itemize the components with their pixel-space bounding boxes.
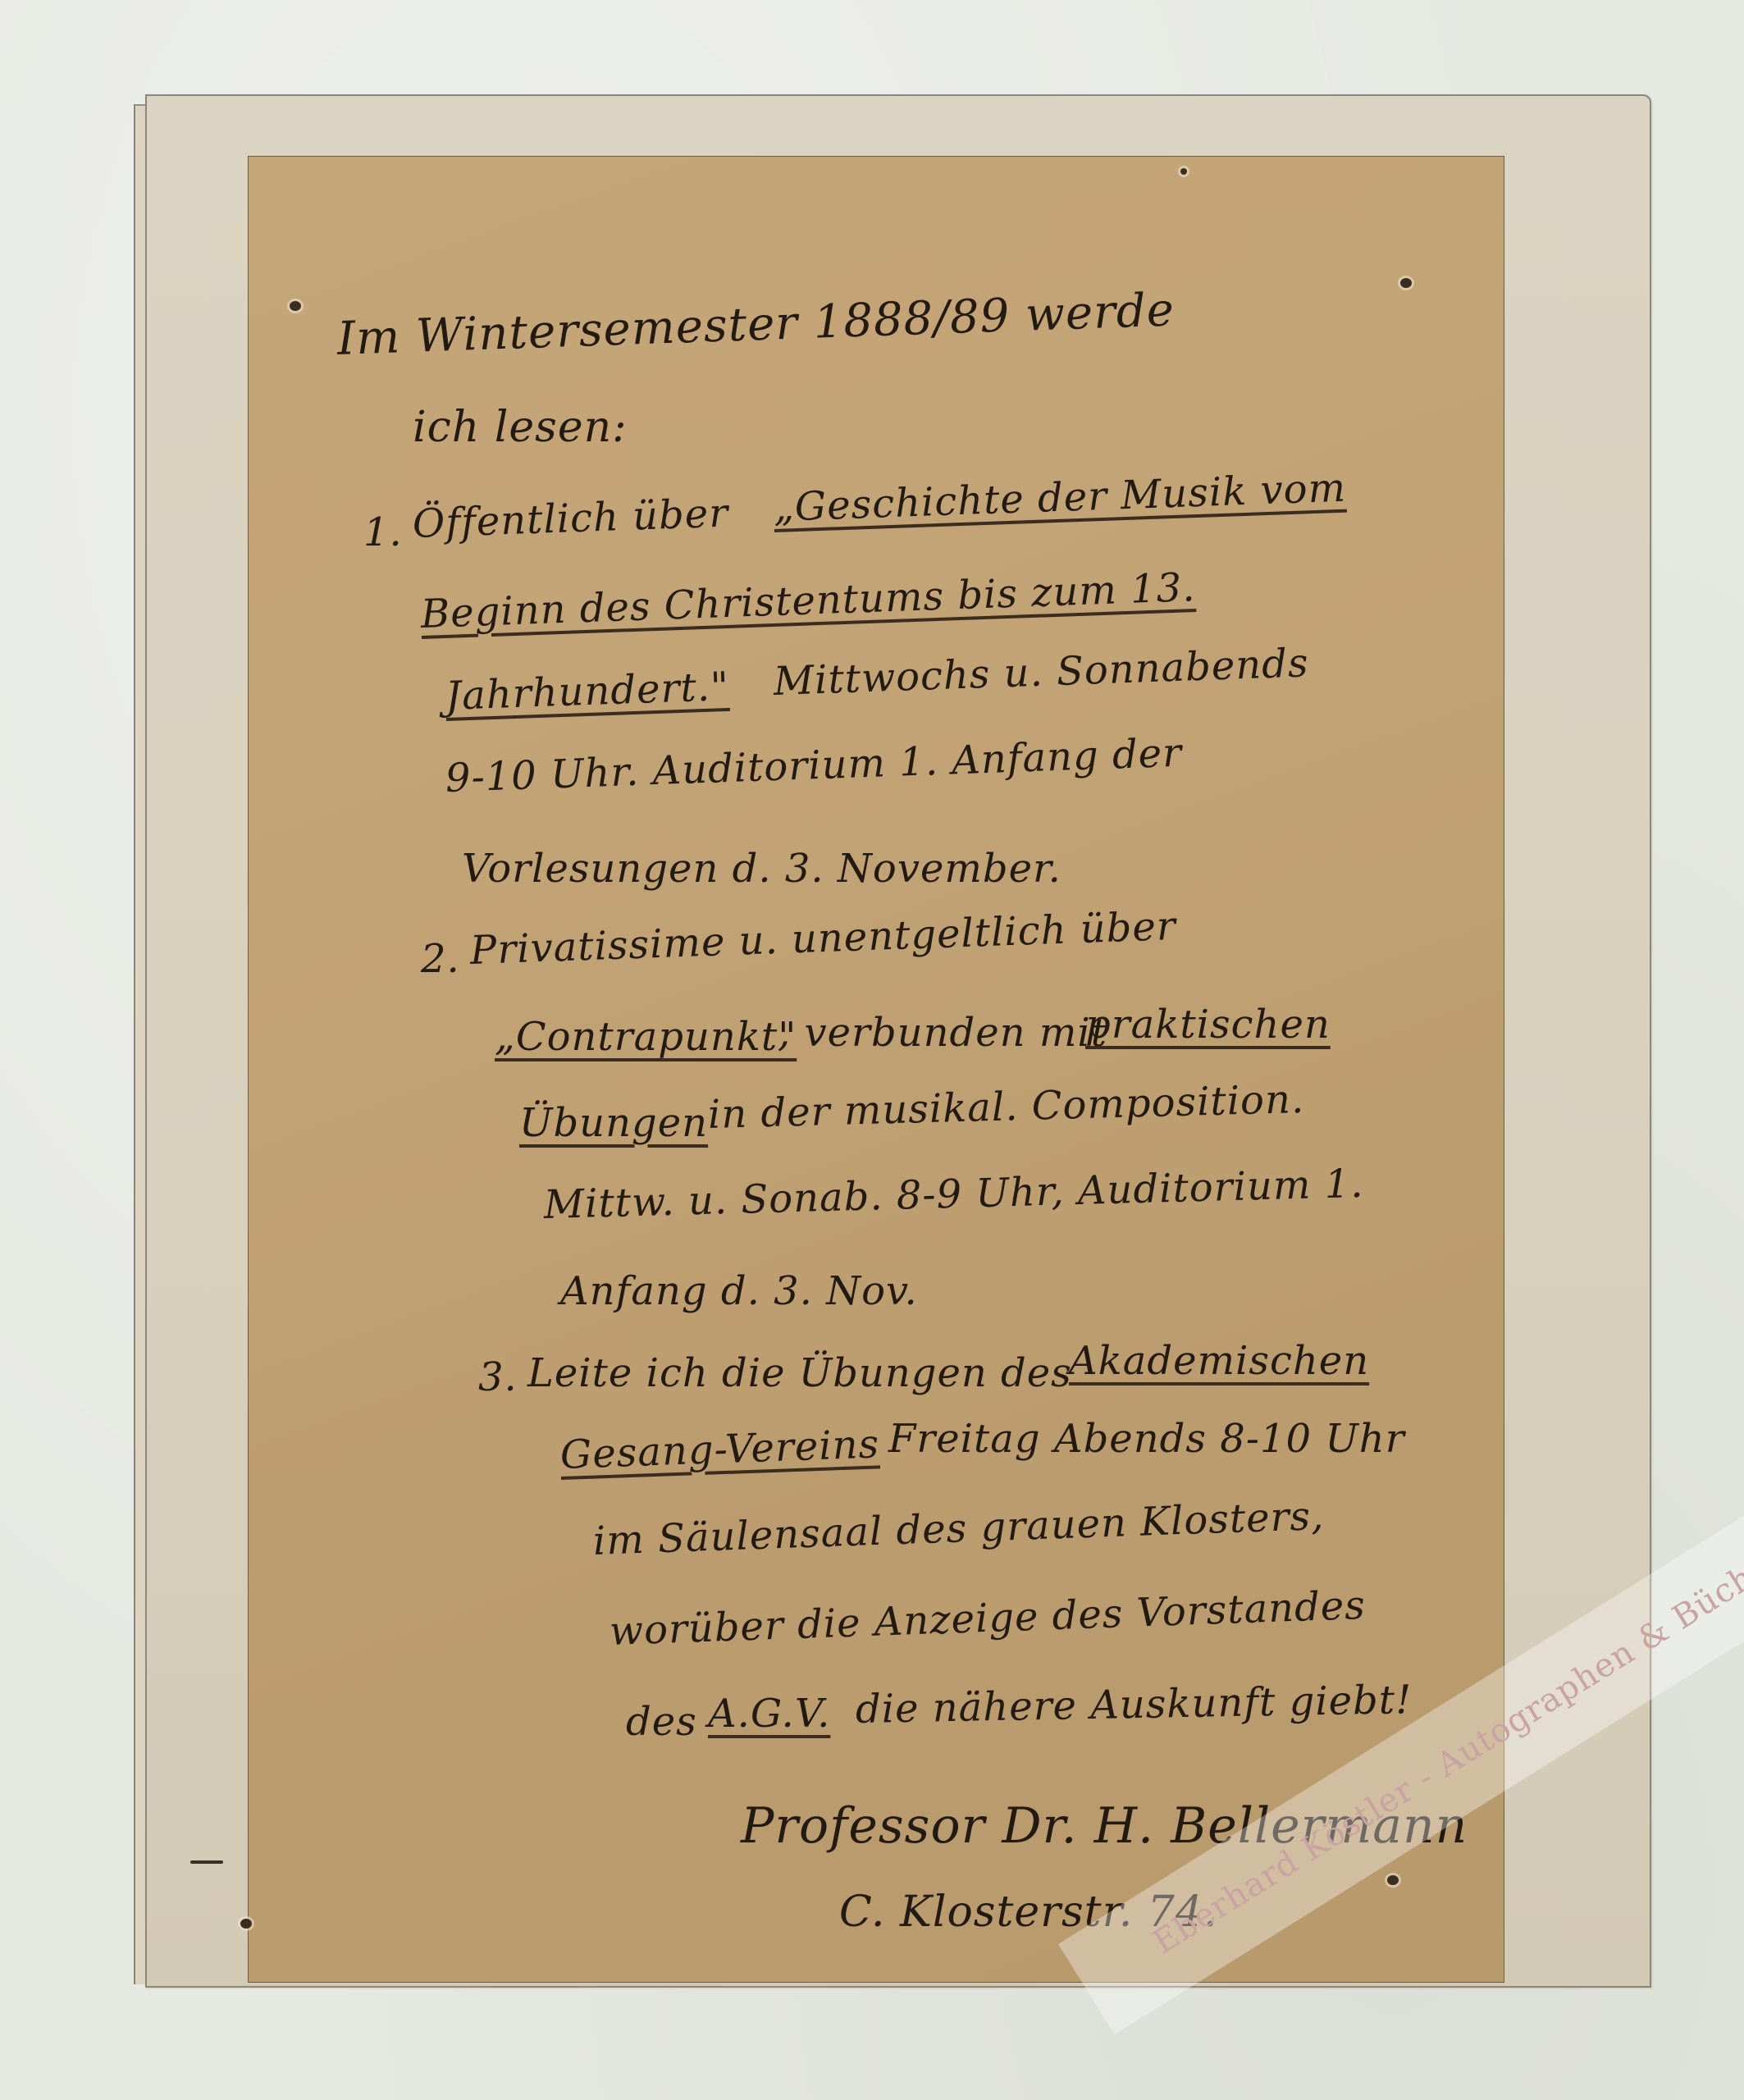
text-line: Mittw. u. Sonab. 8-9 Uhr, Auditorium 1. bbox=[543, 1161, 1364, 1228]
underlined-word: Akademischen bbox=[1069, 1338, 1369, 1384]
pin-hole-icon bbox=[1180, 168, 1187, 175]
text-line: Vorlesungen d. 3. November. bbox=[462, 846, 1061, 892]
text-line: worüber die Anzeige des Vorstandes bbox=[609, 1582, 1367, 1655]
pin-hole-icon bbox=[1400, 278, 1412, 288]
text-line: die nähere Auskunft giebt! bbox=[856, 1677, 1413, 1732]
text-line: 9-10 Uhr. Auditorium 1. Anfang der bbox=[445, 730, 1183, 801]
underlined-title: Jahrhundert." bbox=[445, 664, 730, 719]
pin-hole-icon bbox=[240, 1919, 252, 1929]
pin-hole-icon bbox=[290, 301, 301, 311]
manuscript-sheet: Im Wintersemester 1888/89 werde ich lese… bbox=[248, 156, 1504, 1983]
list-number: 2. bbox=[421, 936, 460, 982]
pencil-mark bbox=[190, 1860, 223, 1864]
text-line: Privatissime u. unentgeltlich über bbox=[469, 903, 1177, 974]
underlined-abbreviation: A.G.V. bbox=[708, 1691, 830, 1737]
underlined-title: „Contrapunkt" bbox=[495, 1014, 797, 1060]
text-line: ich lesen: bbox=[413, 403, 628, 452]
underlined-word: Gesang-Vereins bbox=[559, 1421, 880, 1478]
text-line: Mittwochs u. Sonnabends bbox=[773, 640, 1309, 705]
underlined-title: „Geschichte der Musik vom bbox=[773, 465, 1347, 531]
text-line: Leite ich die Übungen des bbox=[527, 1350, 1072, 1396]
text-line: , verbunden mit bbox=[778, 1010, 1107, 1056]
list-number: 3. bbox=[478, 1354, 518, 1400]
text-line: Anfang d. 3. Nov. bbox=[560, 1268, 918, 1314]
text-line: Freitag Abends 8-10 Uhr bbox=[888, 1416, 1405, 1462]
text-line: im Säulensaal des grauen Klosters, bbox=[592, 1493, 1325, 1564]
pin-hole-icon bbox=[1387, 1875, 1399, 1885]
list-number: 1. bbox=[363, 509, 403, 555]
text-line: des bbox=[626, 1699, 697, 1745]
underlined-word: praktischen bbox=[1085, 1002, 1331, 1048]
underlined-title: Beginn des Christentums bis zum 13. bbox=[420, 564, 1196, 637]
text-line: Öffentlich über bbox=[412, 491, 729, 547]
underlined-word: Übungen bbox=[519, 1100, 708, 1146]
text-line: Im Wintersemester 1888/89 werde bbox=[336, 283, 1176, 366]
text-line: in der musikal. Composition. bbox=[707, 1076, 1305, 1138]
